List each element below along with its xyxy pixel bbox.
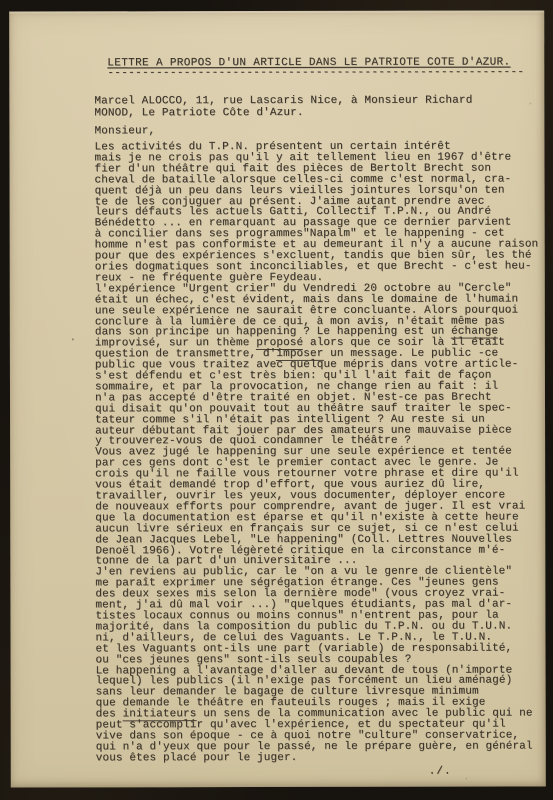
continuation-mark: ./.: [429, 766, 452, 778]
paper-speck: [529, 102, 531, 104]
scan-background: LETTRE A PROPOS D'UN ARTICLE DANS LE PAT…: [0, 0, 553, 800]
salutation: Monsieur,: [94, 126, 155, 137]
title-dashed-underline: ----------------------------------------…: [107, 67, 524, 79]
letter-page: LETTRE A PROPOS D'UN ARTICLE DANS LE PAT…: [9, 10, 546, 787]
letter-body: Les activités du T.P.N. présentent un ce…: [94, 141, 543, 764]
paper-speck: [506, 225, 508, 226]
paper-speck: [466, 778, 467, 780]
letter-line: MONOD, Le Patriote Côte d'Azur.: [94, 107, 472, 119]
address-block: Marcel ALOCCO, 11, rue Lascaris Nice, à …: [94, 96, 472, 120]
letter-line: vous êtes placé pour le juger.: [96, 752, 544, 764]
paper-speck: [72, 338, 74, 340]
